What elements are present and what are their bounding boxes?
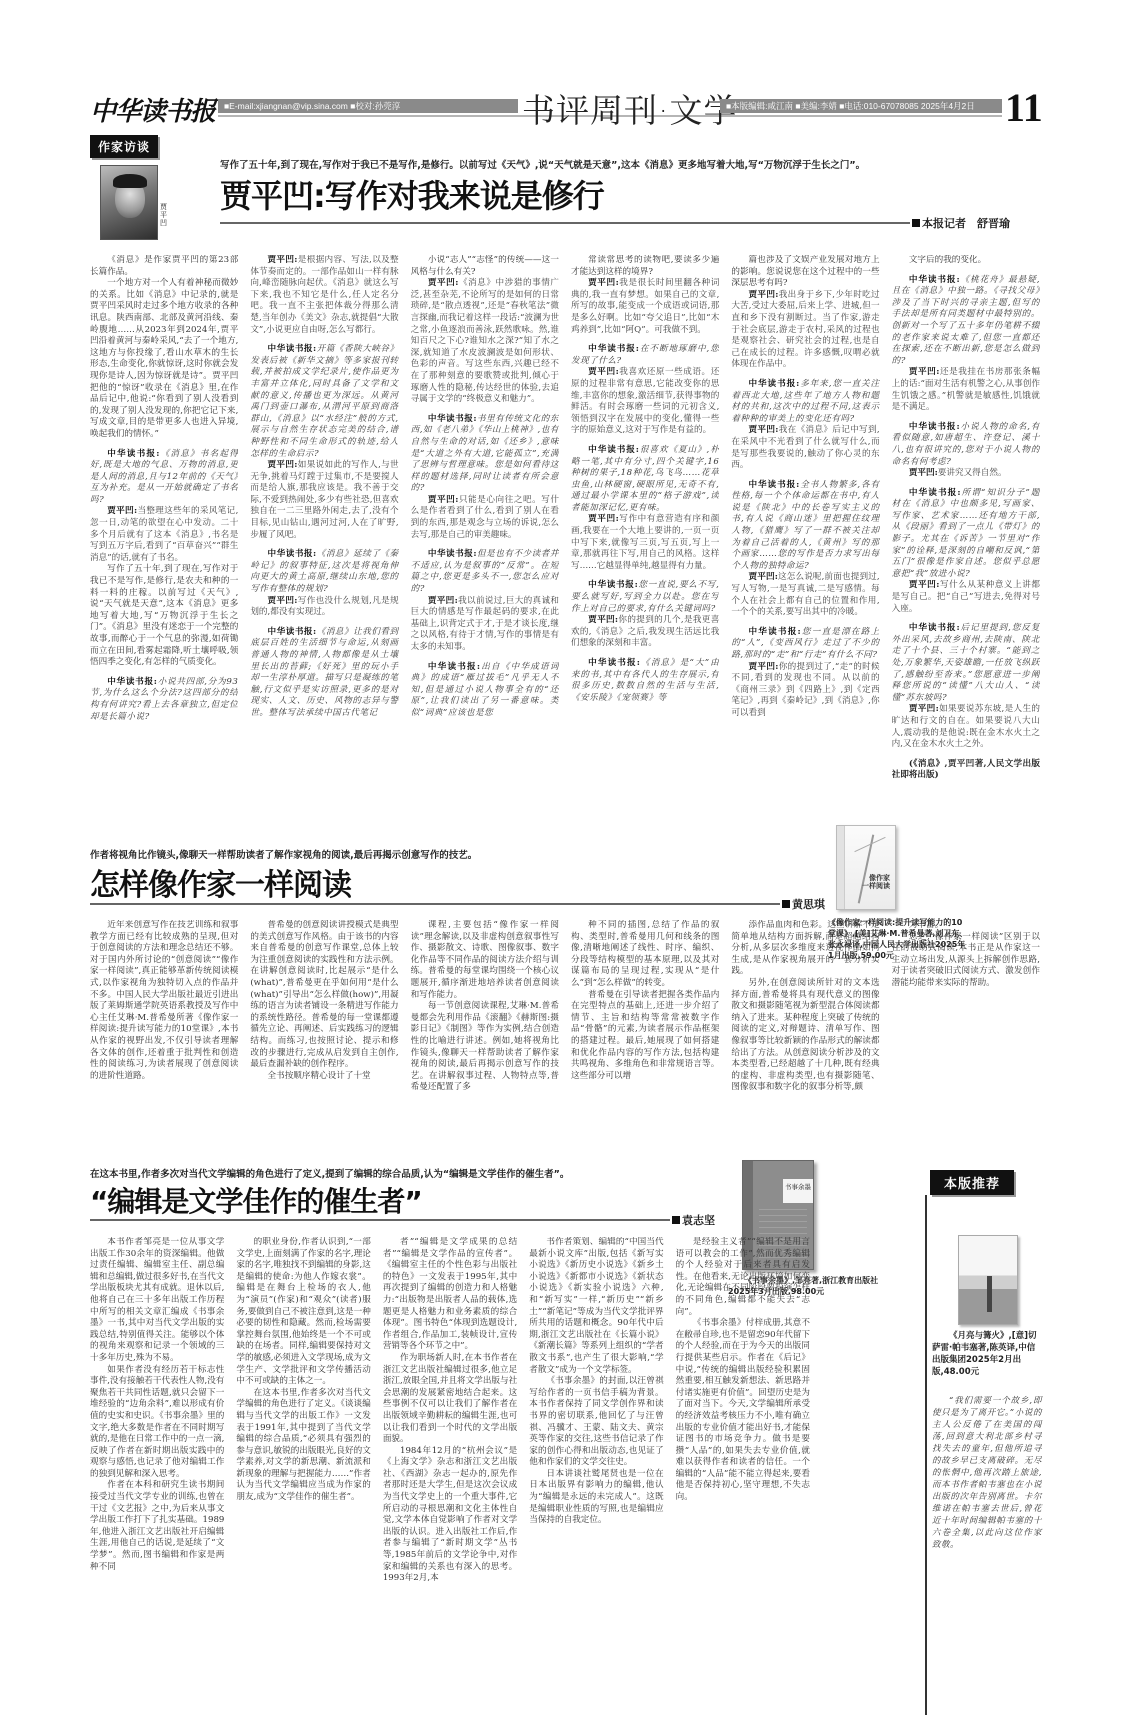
paragraph: 另外,在创意阅读所针对的文本选择方面,普希曼将具有现代意义的图像散文和摄影随笔视… — [731, 978, 879, 1094]
paragraph: 是经验主义者”“编辑不是用言语可以教会的工作”,然而优秀编辑的个人经验对于后来者… — [676, 1237, 810, 1318]
interview-question: 中华读书报:您一直说,要么不写,要么就写好,写到全力以赴。您在写作上对自己的要求… — [571, 580, 719, 615]
article1-headline: 贾平凹:写作对我来说是修行 — [220, 171, 604, 217]
interview-question: 中华读书报:《消息》让我们看到底层百姓的生活细节与命运,从刻画普通人物的神情,人… — [250, 627, 398, 720]
article2-byline-rule — [90, 903, 780, 905]
speaker-label: 中华读书报: — [268, 627, 317, 637]
speaker-label: 中华读书报: — [588, 344, 639, 354]
article2-column: 近年来创意写作在技艺训练和叙事教学方面已经有比较成熟的呈现,但对于创意阅读的方法… — [90, 920, 238, 1120]
article1-column: 小说“志人”“志怪”的传统——这一风格与什么有关?贾平凹:《消息》中涉猎的事情广… — [411, 255, 559, 825]
article1-byline-rule — [220, 222, 910, 224]
interview-answer: 贾平凹:如果说如此的写作人,与世无争,挑着马灯蹚于过集市,不是要搅人而是给人旗,… — [250, 460, 398, 541]
interview-question: 中华读书报:全书人物繁多,各有性格,每一个个体命运都在书中,有人说是《陕北》中的… — [731, 480, 879, 573]
interview-question: 中华读书报:《桃花舟》最悬疑,且在《消息》中独一路。《寻找父母》涉及了当下时兴的… — [892, 275, 1040, 368]
interview-answer: 贾平凹:是根据内容、写法,以及整体节奏而定的。一部作品如山一样有脉向,峰峦随脉向… — [250, 255, 398, 336]
paragraph: 作者在本科和研究生读书期间接受过当代文学专业的训练,也曾在干过《文艺报》之中,为… — [90, 1480, 224, 1573]
article2-body: 近年来创意写作在技艺训练和叙事教学方面已经有比较成熟的呈现,但对于创意阅读的方法… — [90, 920, 1040, 1120]
speaker-label: 贾平凹: — [909, 704, 939, 714]
speaker-label: 贾平凹: — [749, 662, 779, 672]
interview-question: 中华读书报:书里有传统文化的东西,如《老八弟》《华山上桃神》,也有自然与生命的对… — [411, 414, 559, 495]
speaker-label: 贾平凹: — [588, 514, 619, 524]
hair-shape — [113, 174, 147, 188]
speaker-label: 中华读书报: — [749, 379, 800, 389]
paragraph: 添作品血肉和色彩。这些讲解不是简单地从结构方面拆解,而是超越结构分析,从多层次多… — [731, 920, 879, 978]
masthead-editor-bar: ■本版编辑:咸江南 ■美编:李婧 ■电话:010-67078085 2025年4… — [720, 99, 1002, 113]
article2-column: 课程,主要包括“像作家一样阅读”理念解读,以及非虚构创意叙事性写作、摄影散文、诗… — [411, 920, 559, 1120]
interview-answer: 贾平凹:我是很长时间里翻各种词典的,我一直有梦想。如果自己的文章,所写的故事,能… — [571, 278, 719, 336]
paragraph: 如果作者没有经历若干标志性事件,没有接触若干代表性人物,没有聚焦若干共同性话题,… — [90, 1365, 224, 1481]
speaker-label: 中华读书报: — [909, 275, 960, 285]
speaker-label: 贾平凹: — [588, 278, 619, 288]
speaker-label: 贾平凹: — [428, 278, 459, 288]
speaker-label: 贾平凹: — [588, 367, 619, 377]
article3-column: 者”“编辑是文学成果的总结者”“编辑是文学作品的宣传者”。《编辑室主任的个性色彩… — [383, 1237, 517, 1707]
paragraph: 一个地方对一个人有着神秘而微妙的关系。比如《消息》中记录的,就是贾平凹采风时走过… — [90, 278, 238, 440]
speaker-label: 贾平凹: — [107, 506, 137, 516]
page-number: 11 — [1005, 85, 1043, 131]
interview-answer: 贾平凹:只能是心向往之吧。写什么是作者看到了什么,看到了别人在看到的东西,那是观… — [411, 495, 559, 541]
paragraph: 课程,主要包括“像作家一样阅读”理念解读,以及非虚构创意叙事性写作、摄影散文、诗… — [411, 920, 559, 1001]
paragraph: 书作者策划、编辑的“中国当代最新小说文库”出版,包括《新写实小说选》《新历史小说… — [529, 1237, 663, 1376]
book-cover-read-like-a-writer: 像作家 一样阅读 — [836, 825, 896, 910]
sidebar-book-blurb: “我们需要一个故乡,即使只是为了离开它。”小说的主人公反倦了在美国的闯荡,回到意… — [932, 1395, 1042, 1551]
paragraph: 普希曼的创意阅读讲授模式是典型的美式创意写作风格。由于该书的内容来自普希曼的创意… — [250, 920, 398, 1071]
book-cover-moon-and-bonfires — [958, 1235, 1018, 1325]
article1-body: 《消息》是作家贾平凹的第23部长篇作品。一个地方对一个人有着神秘而微妙的关系。比… — [90, 255, 1040, 825]
article2-column: 添作品血肉和色彩。这些讲解不是简单地从结构方面拆解,而是超越结构分析,从多层次多… — [731, 920, 879, 1120]
book-spine — [837, 826, 845, 909]
article3-kicker: 在这本书里,作者多次对当代文学编辑的角色进行了定义,提到了编辑的综合品质,认为“… — [90, 1166, 569, 1180]
article1-column: 常读常思考的读物吧,要读多少遍才能达到这样的境界?贾平凹:我是很长时间里翻各种词… — [571, 255, 719, 825]
interview-answer: 贾平凹:你的提到过了,“走”的时候不同,看到的发现也不同。从以前的《商州三录》到… — [731, 662, 879, 720]
speaker-label: 贾平凹: — [749, 425, 779, 435]
interview-question: 中华读书报:后记里提到,您反复外出采风,去故乡商州,去陕南、陕北走了十个县、三十… — [892, 623, 1040, 704]
speaker-label: 中华读书报: — [268, 549, 317, 559]
paragraph: 写作了五十年,到了现在,写作对于我已不是写作,是修行,是农夫和种的一料一料的庄稼… — [90, 564, 238, 668]
section-tag-recommendation: 本版推荐 — [930, 1170, 1014, 1195]
byline-square-icon — [672, 1216, 680, 1224]
article3-byline-text: 袁志坚 — [682, 1214, 715, 1227]
speaker-label: 中华读书报: — [749, 627, 802, 637]
speaker-label: 中华读书报: — [588, 580, 638, 590]
paragraph: 普希曼在引导读者把握各类作品内在完型特点的基础上,还进一步介绍了情节、主旨和结构… — [571, 990, 719, 1083]
interview-question: 中华读书报:但是也有不少读者并不适应,认为是叙事的“反常”。在短篇之中,您更是多… — [411, 549, 559, 595]
masthead: 中华读书报 ■E-mail:xjiangnan@vip.sina.com ■校对… — [90, 85, 1040, 135]
article3-headline: “编辑是文学佳作的催生者” — [90, 1180, 422, 1220]
newspaper-logo: 中华读书报 — [90, 91, 215, 128]
speaker-label: 中华读书报: — [588, 658, 640, 668]
article2-column: 普希曼的创意阅读讲授模式是典型的美式创意写作风格。由于该书的内容来自普希曼的创意… — [250, 920, 398, 1120]
newspaper-page: 中华读书报 ■E-mail:xjiangnan@vip.sina.com ■校对… — [90, 85, 1040, 1705]
section-title: 书评周刊·文学 — [522, 85, 738, 132]
speaker-label: 贾平凹: — [428, 596, 458, 606]
paragraph: 《书事余墨》付梓成册,其意不在敝帚自珍,也不是留恋90年代留下的个人经验,而在于… — [676, 1318, 810, 1504]
speaker-label: 中华读书报: — [909, 422, 960, 432]
paragraph: 在这本书里,作者多次对当代文学编辑的角色进行了定义。《谈谈编辑与当代文学的出版工… — [236, 1388, 370, 1504]
speaker-label: 中华读书报: — [909, 623, 960, 633]
interview-question: 中华读书报:您一直是漂在路上的“人”,《变西风行》走过了不少的路,那时的“走”和… — [731, 627, 879, 662]
book-cover-label: 书事余墨 — [783, 1179, 813, 1203]
speaker-label: 中华读书报: — [107, 677, 157, 687]
paragraph: 《书事余墨》的封面,以汪曾祺写给作者的一页书信手稿为背景。本书作者保持了同文学创… — [529, 1376, 663, 1469]
interview-answer: 贾平凹:这怎么说呢,前面也提到过,写人写物,一是写真诚,二是写感情。每个人在社会… — [731, 572, 879, 618]
byline-square-icon — [912, 219, 920, 227]
interview-question: 中华读书报:很喜欢《夏山》,朴略一笔,其中有分寸,四个关键字,16种树的果子,1… — [571, 445, 719, 515]
speaker-label: 贾平凹: — [749, 572, 778, 582]
speaker-label: 贾平凹: — [268, 596, 298, 606]
paragraph: 总之,“像作家一样阅读”区别于以往的被动式阅读,本书正是从作家这一主动立场出发,… — [892, 932, 1040, 990]
paragraph: 日本讲谈社鹫尾贤也是一位在日本出版界有影响力的编辑,他认为“编辑是永远的未完成人… — [529, 1469, 663, 1527]
article2-byline-text: 黄思琪 — [792, 898, 825, 911]
speaker-label: 贾平凹: — [909, 367, 940, 377]
tower-graphic — [987, 1276, 992, 1312]
paragraph: 近年来创意写作在技艺训练和叙事教学方面已经有比较成熟的呈现,但对于创意阅读的方法… — [90, 920, 238, 1082]
interview-answer: 贾平凹:我出身于乡下,少年时吃过大苦,受过大委屈,后来上学、进城,但一直和乡下没… — [731, 290, 879, 371]
paragraph: 种不同的插图,总结了作品的叙构、类型时,普希曼用几何和线条的图像,清晰地阐述了线… — [571, 920, 719, 990]
interview-answer: 贾平凹:当整理这些年的采风笔记,忽一日,动笔的欲望在心中发动。二十多个月后就有了… — [90, 506, 238, 564]
paragraph: 小说“志人”“志怪”的传统——这一风格与什么有关? — [411, 255, 559, 278]
author-photo-caption: 贾平凹 — [160, 203, 169, 227]
article2-column: 为丰富。总之,“像作家一样阅读”区别于以往的被动式阅读,本书正是从作家这一主动立… — [892, 920, 1040, 1120]
paragraph: 本书作者邹亮是一位从事文学出版工作30余年的资深编辑。他做过责任编辑、编辑室主任… — [90, 1237, 224, 1365]
interview-question: 中华读书报:在不断地琢磨中,您发现了什么? — [571, 344, 719, 367]
paragraph: 篇也涉及了文娱产业发展对地方上的影响。您说说您在这个过程中的一些深层思考有吗? — [731, 255, 879, 290]
article1-column: 贾平凹:是根据内容、写法,以及整体节奏而定的。一部作品如山一样有脉向,峰峦随脉向… — [250, 255, 398, 825]
paragraph: 者”“编辑是文学成果的总结者”“编辑是文学作品的宣传者”。《编辑室主任的个性色彩… — [383, 1237, 517, 1353]
interview-question: 中华读书报:小说共四部,分为93节,为什么这么个分法?这四部分的结构有何讲究?看… — [90, 677, 238, 723]
paragraph: 《消息》是作家贾平凹的第23部长篇作品。 — [90, 255, 238, 278]
article3-column: 的职业身份,作者认识到,“一部文学史,上面刻满了作家的名字,理论家的名字,唯独找… — [236, 1237, 370, 1707]
paragraph: 常读常思考的读物吧,要读多少遍才能达到这样的境界? — [571, 255, 719, 278]
interview-answer: 贾平凹:还是我挂在书房那张条幅上的话:“面对生活有机警之心,从事创作生饥饿之感。… — [892, 367, 1040, 413]
speaker-label: 中华读书报: — [428, 662, 481, 672]
interview-answer: 贾平凹:要讲究又得自然。 — [892, 468, 1040, 480]
sidebar-rule — [925, 1195, 927, 1715]
interview-question: 中华读书报:多年来,您一直关注着西北大地,这些年了地方人物和题材的共和,这次中的… — [731, 379, 879, 425]
interview-question: 中华读书报:出自《中华成语词典》的成语“雁过拔毛”凡乎无人不知,但是通过小说人物… — [411, 662, 559, 720]
book-cover-title: 像作家 一样阅读 — [862, 874, 890, 890]
paragraph: 每一节创意阅读课程,艾琳·M.普希曼都会先利用作品《滚翻》《赫斯图:摄影日记》《… — [411, 1001, 559, 1094]
speaker-label: 中华读书报: — [909, 488, 961, 498]
article3-column: 本书作者邹亮是一位从事文学出版工作30余年的资深编辑。他做过责任编辑、编辑室主任… — [90, 1237, 224, 1707]
article3-body: 本书作者邹亮是一位从事文学出版工作30余年的资深编辑。他做过责任编辑、编辑室主任… — [90, 1237, 810, 1707]
section-tag-author-interview: 作家访谈 — [90, 135, 158, 158]
book-note: (《消息》,贾平凹著,人民文学出版社即将出版) — [892, 759, 1040, 782]
paragraph: 1984年12月的“杭州会议”是《上海文学》杂志和浙江文艺出版社、《西湖》杂志一… — [383, 1446, 517, 1585]
article2-byline: 黄思琪 — [782, 896, 825, 912]
masthead-contact-bar: ■E-mail:xjiangnan@vip.sina.com ■校对:孙莞淳 — [218, 99, 518, 113]
byline-square-icon — [782, 900, 790, 908]
sidebar-book-caption: 《月亮与篝火》,[意]切萨雷·帕韦塞著,陈英译,中信出版集团2025年2月出版,… — [932, 1330, 1042, 1378]
article3-column: 是经验主义者”“编辑不是用言语可以教会的工作”,然而优秀编辑的个人经验对于后来者… — [676, 1237, 810, 1707]
article2-headline: 怎样像作家一样阅读 — [90, 860, 351, 904]
speaker-label: 中华读书报: — [268, 344, 317, 354]
speaker-label: 贾平凹: — [749, 290, 779, 300]
article3-column: 书作者策划、编辑的“中国当代最新小说文库”出版,包括《新写实小说选》《新历史小说… — [529, 1237, 663, 1707]
interview-question: 中华读书报:《消息》延续了《秦岭记》的叙事特征,这次是将视角伸向更大的黄土高原,… — [250, 549, 398, 595]
speaker-label: 中华读书报: — [428, 549, 477, 559]
interview-question: 中华读书报:所谓“知识分子”题材在《消息》中也颇多见,写画家、写作家、艺术家……… — [892, 488, 1040, 581]
interview-answer: 贾平凹:写作中有意营造有序和颜画,我要在一个大地上要讲的,一页一页中写下来,就像… — [571, 514, 719, 572]
article1-column: 《消息》是作家贾平凹的第23部长篇作品。一个地方对一个人有着神秘而微妙的关系。比… — [90, 255, 238, 825]
paragraph: 作为职场新人时,在本书作者在浙江文艺出版社编辑过很多,他立足浙江,放眼全国,并且… — [383, 1353, 517, 1446]
interview-question: 中华读书报:开篇《香陕大峡谷》发表后被《新华文摘》等多家报刊转载,并被拍成文学纪… — [250, 344, 398, 460]
paragraph: 的职业身份,作者认识到,“一部文学史,上面刻满了作家的名字,理论家的名字,唯独找… — [236, 1237, 370, 1388]
speaker-label: 中华读书报: — [107, 449, 160, 459]
paragraph: 全书按顺序精心设计了十堂 — [250, 1071, 398, 1083]
article1-byline: 本报记者 舒晋瑜 — [912, 215, 1010, 231]
speaker-label: 贾平凹: — [268, 460, 298, 470]
paragraph: 文字后的我的变化。 — [892, 255, 1040, 267]
interview-answer: 贾平凹:我在《消息》后记中写到,在采风中不光看到了什么就写什么,而是写那些我要说… — [731, 425, 879, 471]
author-photo — [100, 165, 158, 240]
speaker-label: 中华读书报: — [749, 480, 800, 490]
interview-answer: 贾平凹:写作也没什么规划,凡是规划的,都没有实现过。 — [250, 596, 398, 619]
interview-answer: 贾平凹:我以前说过,巨大的真诚和巨大的情感是写作最起码的要求,在此基础上,识背定… — [411, 596, 559, 654]
article2-column: 种不同的插图,总结了作品的叙构、类型时,普希曼用几何和线条的图像,清晰地阐述了线… — [571, 920, 719, 1120]
interview-question: 中华读书报:小说人物的命名,有看似随意,如唐超生、许登记、溪十八,也有很讲究的,… — [892, 422, 1040, 468]
article1-column: 篇也涉及了文娱产业发展对地方上的影响。您说说您在这个过程中的一些深层思考有吗?贾… — [731, 255, 879, 825]
interview-question: 中华读书报:《消息》是“大”由来的书,其中有各代人的生存展示,有很多历史,数数自… — [571, 658, 719, 704]
interview-answer: 贾平凹:我喜欢还原一些成语。还原的过程非常有意思,它能改变你的思维,丰富你的想象… — [571, 367, 719, 437]
interview-answer: 贾平凹:写什么从某种意义上讲都是写自己。把“自己”写进去,免得对号入座。 — [892, 580, 1040, 615]
speaker-label: 中华读书报: — [588, 445, 639, 455]
speaker-label: 贾平凹: — [588, 615, 618, 625]
interview-answer: 贾平凹:你的提到的几个,是我更喜欢的,《消息》之后,我发现生活远比我们想象的深刻… — [571, 615, 719, 650]
speaker-label: 贾平凹: — [909, 580, 940, 590]
speaker-label: 贾平凹: — [909, 468, 938, 478]
article1-byline-text: 本报记者 舒晋瑜 — [922, 217, 1010, 230]
article1-column: 文字后的我的变化。中华读书报:《桃花舟》最悬疑,且在《消息》中独一路。《寻找父母… — [892, 255, 1040, 825]
speaker-label: 贾平凹: — [428, 495, 459, 505]
interview-answer: 贾平凹:如果要说苏东坡,是人生的旷达和行文的自在。如果要说八大山人,震动我的是他… — [892, 704, 1040, 750]
paragraph: 为丰富。 — [892, 920, 1040, 932]
article3-byline: 袁志坚 — [672, 1212, 715, 1228]
article2-kicker: 作者将视角比作镜头,像聊天一样帮助读者了解作家视角的阅读,最后再揭示创意写作的技… — [90, 847, 477, 861]
interview-question: 中华读书报:《消息》书名起得好,既是大地的气息、万物的消息,更是人间的消息,且与… — [90, 449, 238, 507]
speaker-label: 中华读书报: — [428, 414, 477, 424]
speaker-label: 贾平凹: — [268, 255, 298, 265]
article3-byline-rule — [90, 1219, 670, 1221]
article1-kicker: 写作了五十年,到了现在,写作对于我已不是写作,是修行。以前写过《天气》,说“天气… — [220, 157, 865, 171]
interview-answer: 贾平凹:《消息》中涉猎的事情广泛,甚至杂芜,不论所写的是如何的日常琐碎,是“散点… — [411, 278, 559, 406]
